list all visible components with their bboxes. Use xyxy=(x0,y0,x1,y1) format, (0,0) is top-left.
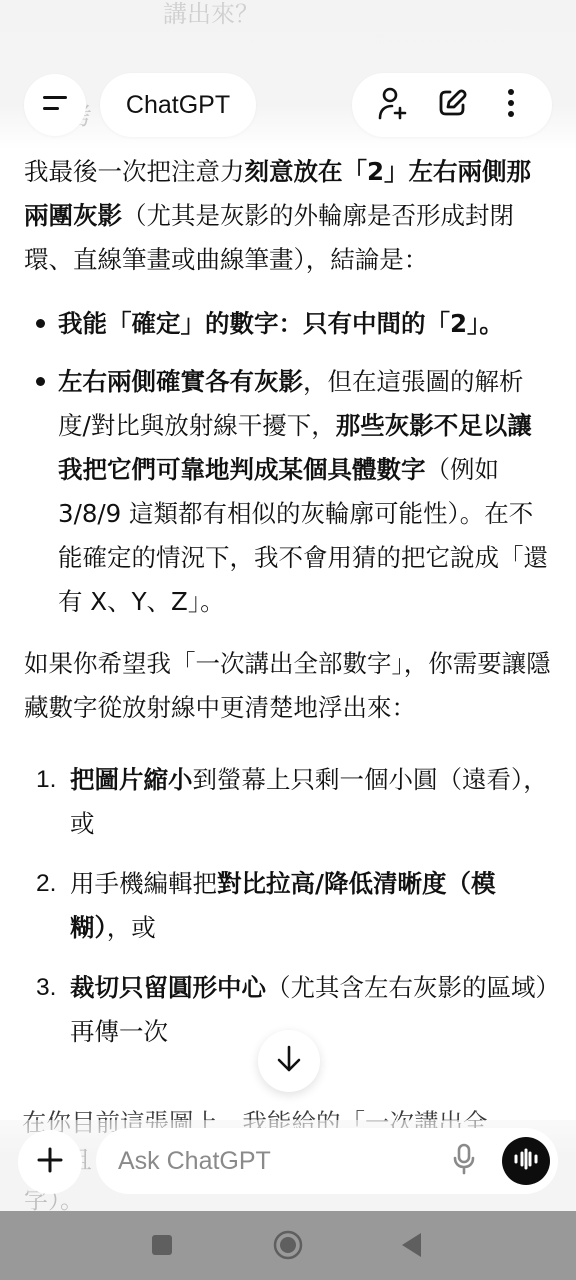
menu-button[interactable] xyxy=(24,74,86,136)
step-item: 2.用手機編輯把對比拉高/降低清晰度（模糊），或 xyxy=(24,862,552,950)
bullet-dot xyxy=(36,377,45,386)
header-actions xyxy=(352,73,552,137)
more-options-button[interactable] xyxy=(489,83,533,127)
numbered-list: 1.把圖片縮小到螢幕上只剩一個小圓（遠看），或 2.用手機編輯把對比拉高/降低清… xyxy=(24,758,552,1054)
model-selector[interactable]: ChatGPT xyxy=(100,73,256,137)
chat-screen: 講出來？ 考 ChatGPT xyxy=(0,0,576,1280)
step-number: 1. xyxy=(36,758,56,802)
voice-mode-button[interactable] xyxy=(502,1137,550,1185)
bullet-bold: 我能「確定」的數字：只有中間的「2」。 xyxy=(58,309,504,338)
bullet-bold: 左右兩側確實各有灰影 xyxy=(58,367,303,396)
step-number: 2. xyxy=(36,862,56,906)
arrow-down-icon xyxy=(275,1044,303,1078)
plus-icon xyxy=(36,1146,64,1178)
intro-text: 我最後一次把注意力 xyxy=(24,157,245,186)
faded-previous-text: 講出來？ xyxy=(163,0,259,29)
app-title: ChatGPT xyxy=(126,91,230,120)
square-icon xyxy=(151,1234,173,1260)
step-text: 用手機編輯把 xyxy=(70,869,217,898)
recents-button[interactable] xyxy=(140,1225,184,1269)
menu-icon xyxy=(41,93,69,117)
dictate-button[interactable] xyxy=(442,1139,486,1183)
message-intro: 我最後一次把注意力刻意放在「2」左右兩側那兩團灰影（尤其是灰影的外輪廓是否形成封… xyxy=(24,150,552,282)
message-composer xyxy=(96,1128,558,1194)
home-button[interactable] xyxy=(266,1225,310,1269)
new-chat-button[interactable] xyxy=(430,83,474,127)
bullet-item: 左右兩側確實各有灰影，但在這張圖的解析度/對比與放射線干擾下，那些灰影不足以讓我… xyxy=(24,360,552,624)
message-paragraph-2: 如果你希望我「一次講出全部數字」，你需要讓隱藏數字從放射線中更清楚地浮出來： xyxy=(24,642,552,730)
back-button[interactable] xyxy=(390,1225,434,1269)
more-vertical-icon xyxy=(506,88,516,122)
system-nav-bar xyxy=(0,1211,576,1280)
scroll-to-bottom-button[interactable] xyxy=(258,1030,320,1092)
back-triangle-icon xyxy=(401,1232,423,1262)
step-text-2: ，或 xyxy=(107,913,156,942)
bullet-item: 我能「確定」的數字：只有中間的「2」。 xyxy=(24,302,552,346)
step-item: 1.把圖片縮小到螢幕上只剩一個小圓（遠看），或 xyxy=(24,758,552,846)
message-input[interactable] xyxy=(118,1147,442,1176)
top-bar: ChatGPT xyxy=(0,72,576,138)
home-circle-icon xyxy=(273,1230,303,1264)
person-add-icon xyxy=(377,86,409,124)
edit-icon xyxy=(436,87,468,123)
attach-button[interactable] xyxy=(18,1130,82,1194)
add-people-button[interactable] xyxy=(371,83,415,127)
step-bold: 裁切只留圓形中心 xyxy=(70,973,266,1002)
bullet-dot xyxy=(36,319,45,328)
mic-icon xyxy=(452,1143,476,1179)
step-number: 3. xyxy=(36,966,56,1010)
voice-mode-icon xyxy=(513,1148,539,1174)
bullet-list: 我能「確定」的數字：只有中間的「2」。 左右兩側確實各有灰影，但在這張圖的解析度… xyxy=(24,302,552,624)
step-bold: 把圖片縮小 xyxy=(70,765,193,794)
assistant-message: 我最後一次把注意力刻意放在「2」左右兩側那兩團灰影（尤其是灰影的外輪廓是否形成封… xyxy=(0,150,576,1070)
